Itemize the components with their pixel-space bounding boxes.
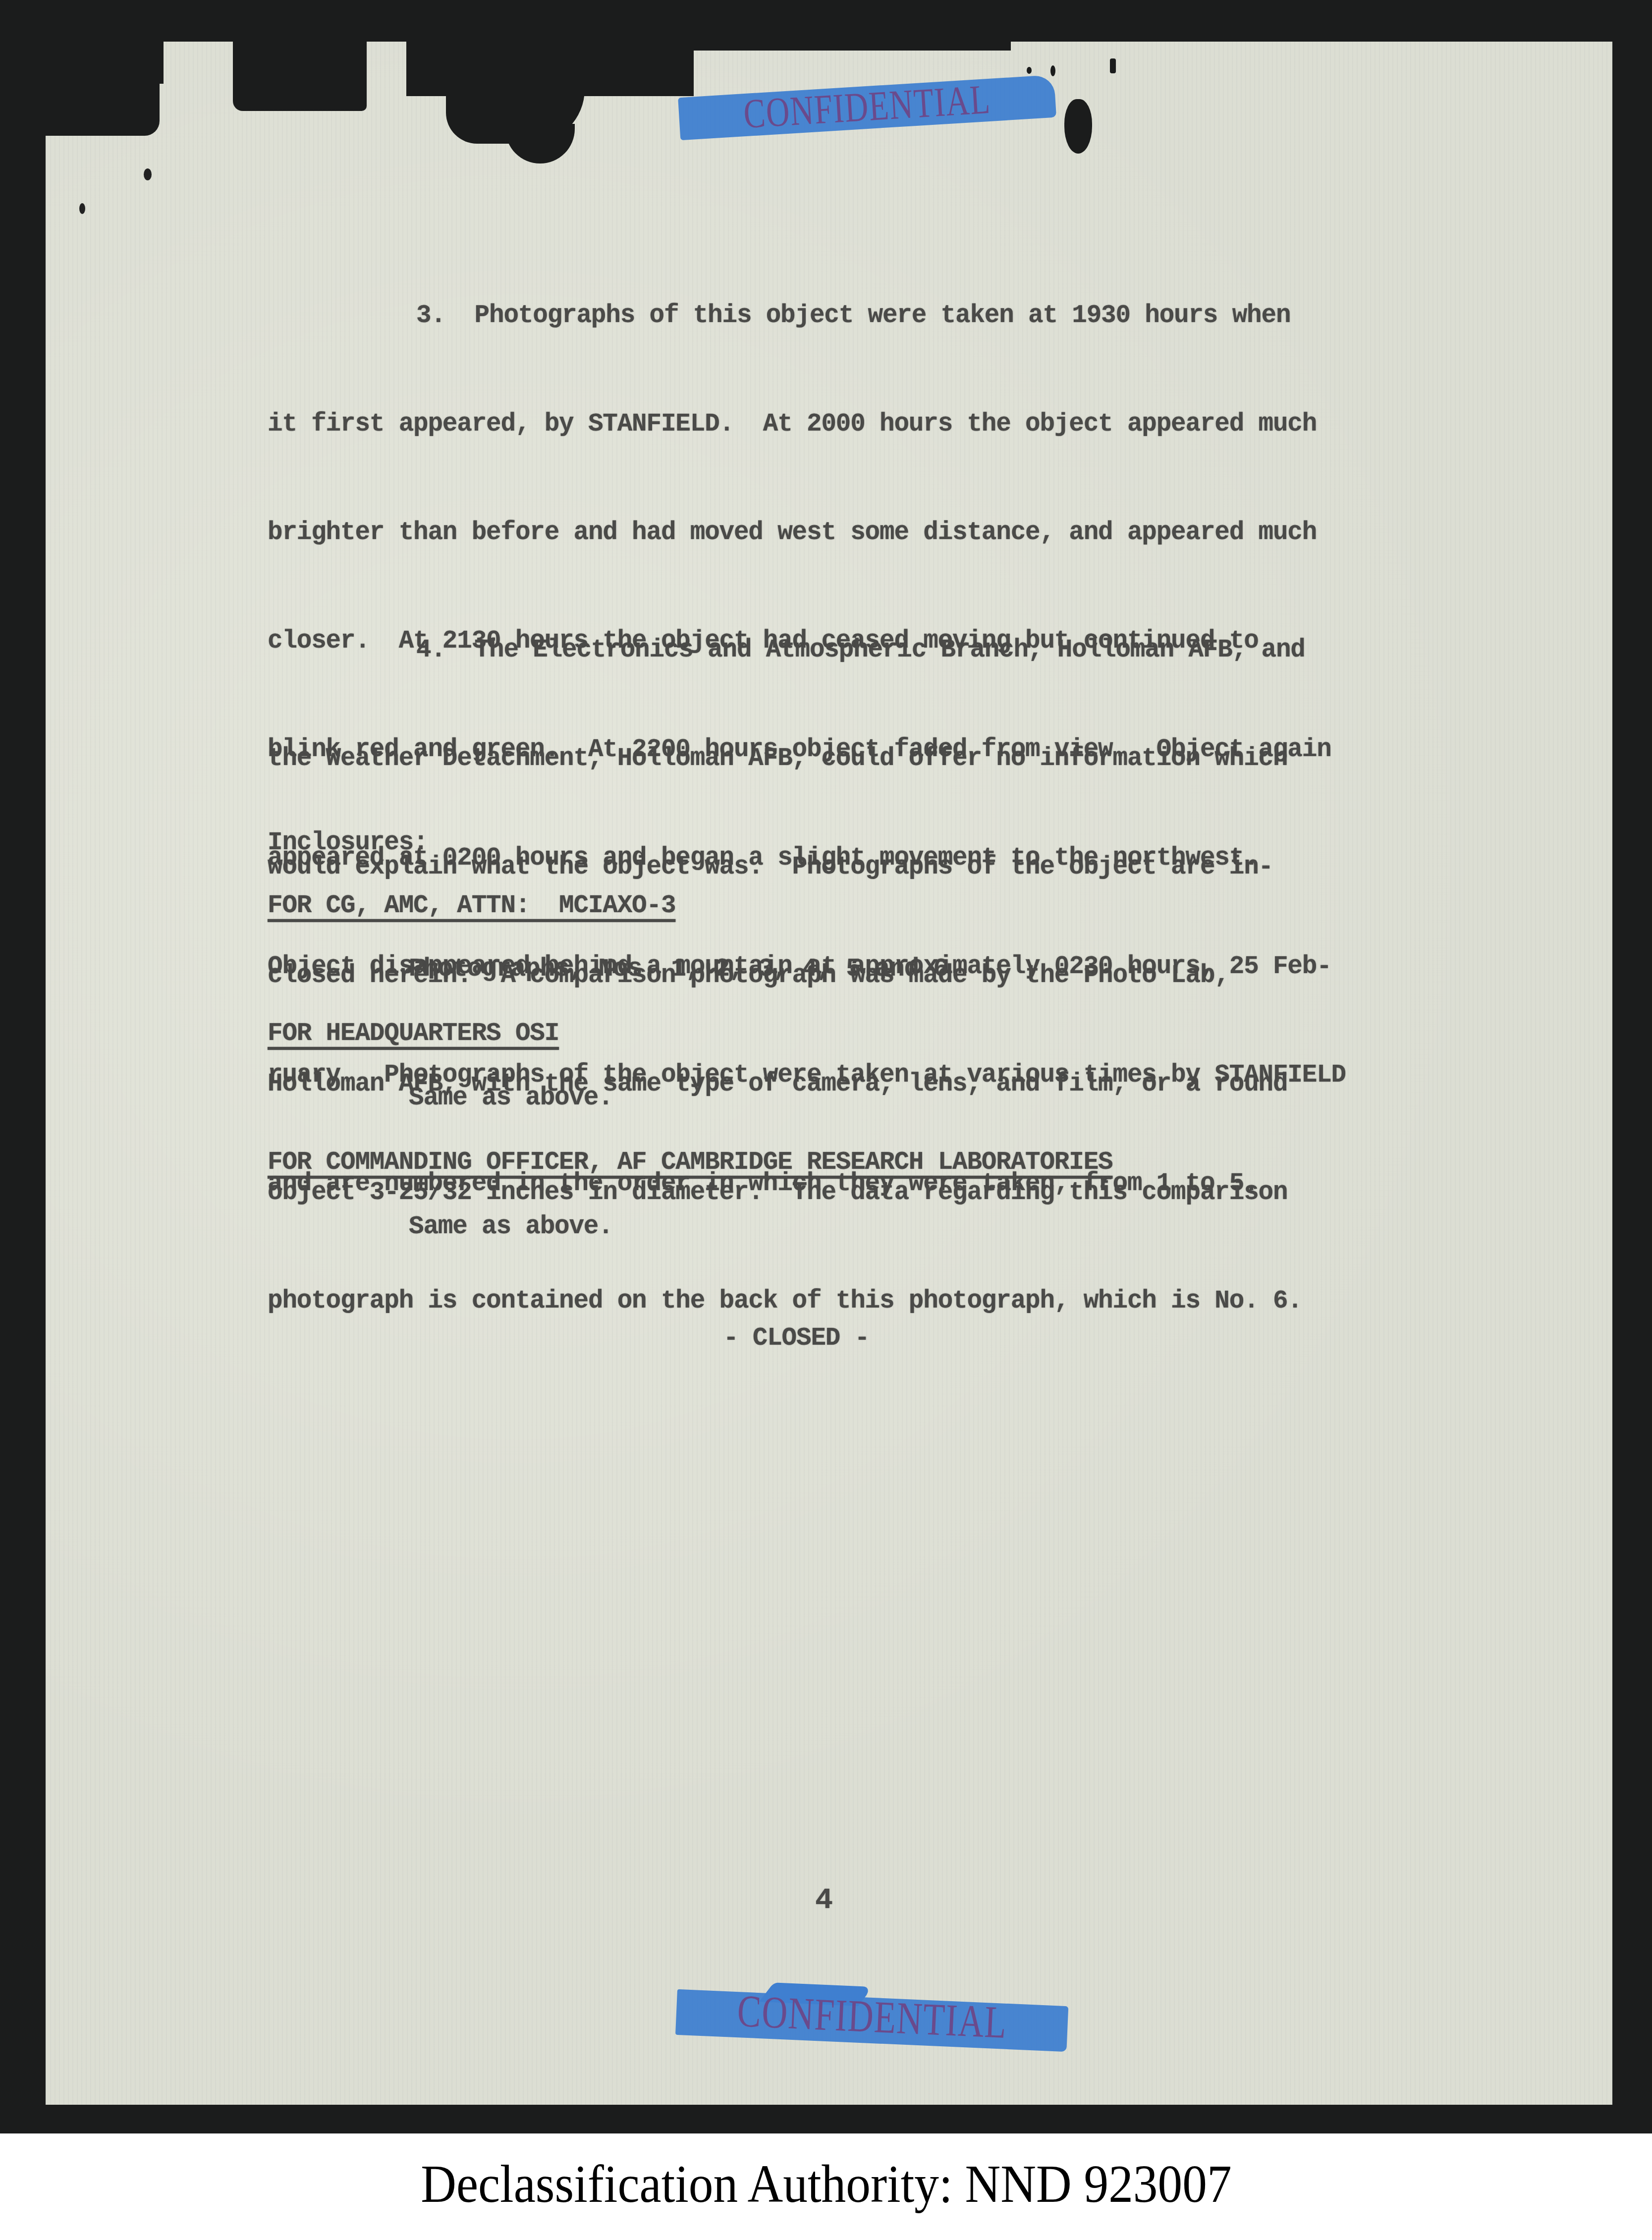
declassification-authority: Declassification Authority: NND 923007	[421, 2154, 1231, 2215]
text-line: 3. Photographs of this object were taken…	[268, 298, 1346, 334]
text-line: the Weather Detachment, Holloman AFB, co…	[268, 741, 1305, 777]
paper-speck	[144, 168, 152, 180]
distribution-heading: FOR HEADQUARTERS OSI	[268, 1016, 559, 1052]
distribution-heading: FOR CG, AMC, ATTN: MCIAXO-3	[268, 888, 675, 924]
torn-edge	[406, 42, 694, 96]
text-line: photograph is contained on the back of t…	[268, 1283, 1305, 1319]
punch-hole	[1110, 58, 1116, 73]
distribution-heading: FOR COMMANDING OFFICER, AF CAMBRIDGE RES…	[268, 1145, 1113, 1181]
distribution-body: Photographs, Nos. 1, 2, 3, 4, 5 and 6.	[409, 951, 962, 987]
page-number: 4	[815, 1883, 832, 1919]
torn-edge	[119, 42, 164, 84]
closing-mark: - CLOSED -	[723, 1320, 869, 1357]
inclosures-label: Inclosures:	[268, 825, 428, 861]
text-line: brighter than before and had moved west …	[268, 515, 1346, 551]
text-line: it first appeared, by STANFIELD. At 2000…	[268, 406, 1346, 442]
paper-speck	[79, 203, 85, 214]
footer: Declassification Authority: NND 923007	[0, 2133, 1652, 2240]
distribution-body: Same as above.	[409, 1209, 613, 1245]
text-line: 4. The Electronics and Atmospheric Branc…	[268, 632, 1305, 668]
torn-edge	[694, 42, 1011, 51]
torn-edge	[233, 42, 367, 111]
punch-hole	[1064, 99, 1092, 154]
distribution-body: Same as above.	[409, 1080, 613, 1116]
